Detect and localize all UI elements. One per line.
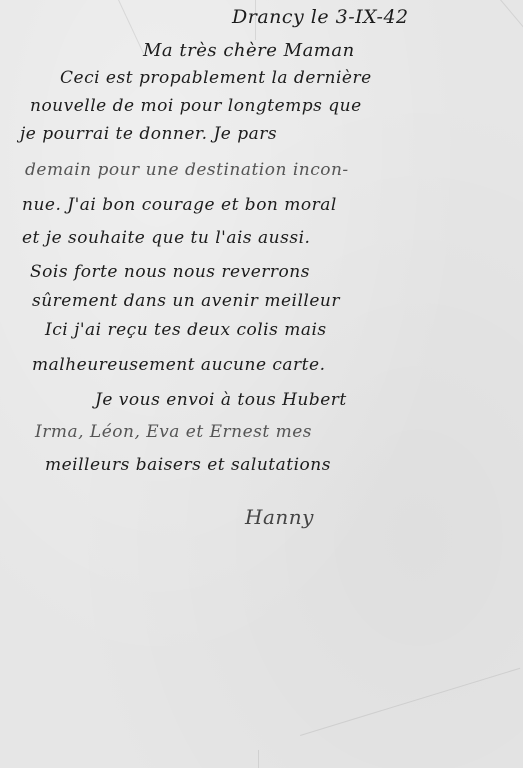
body-line: malheureusement aucune carte. [32, 355, 325, 375]
place-date: Drancy le 3-IX-42 [232, 6, 409, 28]
signature: Hanny [245, 505, 314, 529]
body-line: nue. J'ai bon courage et bon moral [22, 195, 337, 215]
paper-crease [300, 668, 520, 736]
body-line: Ceci est propablement la dernière [60, 68, 372, 88]
body-line: demain pour une destination incon- [25, 160, 349, 180]
body-line: sûrement dans un avenir meilleur [32, 291, 340, 311]
body-line: Sois forte nous nous reverrons [30, 262, 310, 282]
body-line: meilleurs baisers et salutations [45, 455, 331, 475]
body-line: et je souhaite que tu l'ais aussi. [22, 228, 310, 248]
body-line: Je vous envoi à tous Hubert [95, 390, 347, 410]
paper-crease [258, 750, 259, 768]
paper-crease [118, 0, 144, 54]
body-line: Ici j'ai reçu tes deux colis mais [45, 320, 327, 340]
greeting: Ma très chère Maman [143, 40, 355, 61]
body-line: Irma, Léon, Eva et Ernest mes [35, 422, 312, 442]
body-line: je pourrai te donner. Je pars [20, 124, 277, 144]
postcard: Drancy le 3-IX-42 Ma très chère Maman Ce… [0, 0, 523, 768]
paper-crease [500, 0, 523, 38]
body-line: nouvelle de moi pour longtemps que [30, 96, 362, 116]
